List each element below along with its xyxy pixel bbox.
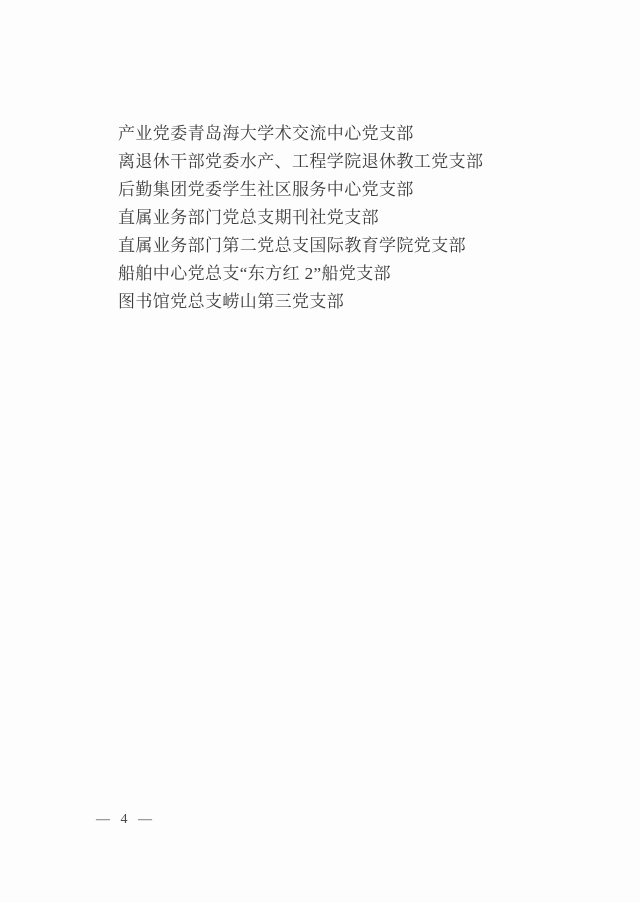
document-page: 产业党委青岛海大学术交流中心党支部 离退休干部党委水产、工程学院退休教工党支部 … [0, 0, 640, 903]
party-branch-line: 直属业务部门党总支期刊社党支部 [118, 204, 588, 232]
party-branch-line: 船舶中心党总支“东方红 2”船党支部 [118, 260, 588, 288]
page-number: — 4 — [96, 812, 153, 828]
party-branch-list: 产业党委青岛海大学术交流中心党支部 离退休干部党委水产、工程学院退休教工党支部 … [118, 120, 588, 316]
party-branch-line: 离退休干部党委水产、工程学院退休教工党支部 [118, 148, 588, 176]
party-branch-line: 直属业务部门第二党总支国际教育学院党支部 [118, 232, 588, 260]
party-branch-line: 图书馆党总支崂山第三党支部 [118, 288, 588, 316]
party-branch-line: 产业党委青岛海大学术交流中心党支部 [118, 120, 588, 148]
party-branch-line: 后勤集团党委学生社区服务中心党支部 [118, 176, 588, 204]
